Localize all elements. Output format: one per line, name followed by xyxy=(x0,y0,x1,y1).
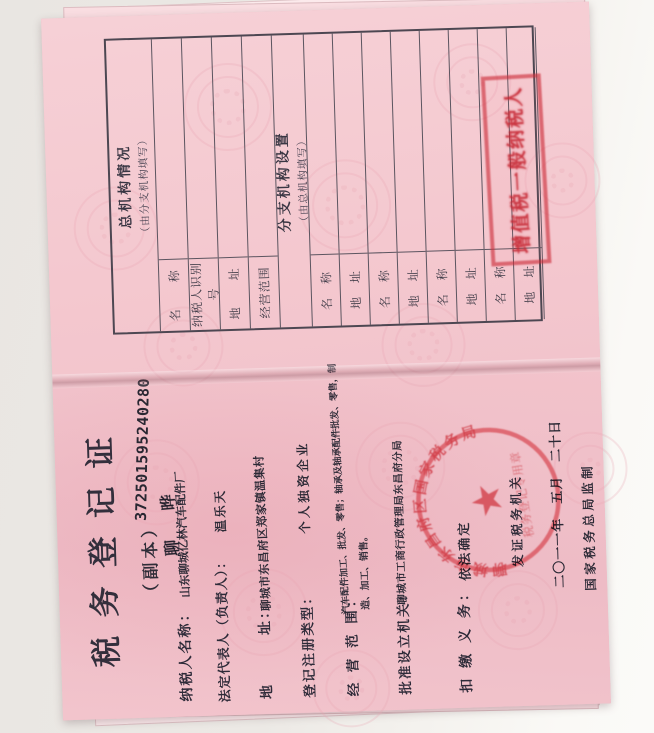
star-icon: ★ xyxy=(462,479,513,522)
field-label-address: 地 址： xyxy=(254,603,277,700)
footer-supervised-by: 国家税务总局监制 xyxy=(577,463,599,592)
certificate-title: 税 务 登 记 证 xyxy=(73,410,127,691)
row-label: 名 称 xyxy=(159,258,190,331)
branch-info-table-area: 总机构情况 （由分支机构填写） 名 称 纳税人识别号 地 址 经营范围 xyxy=(104,25,543,334)
field-value-address: 聊城市东昌府区郑家镇温集村 xyxy=(251,455,275,612)
tax-certificate-document: 总机构情况 （由分支机构填写） 名 称 纳税人识别号 地 址 经营范围 xyxy=(41,2,611,721)
seal-bottom-text: 税务登记专用章 xyxy=(508,450,537,539)
field-value-legal-representative: 温乐天 xyxy=(210,489,229,533)
row-label: 名 称 xyxy=(369,252,399,325)
taxpayer-id-number: 372501595240280 xyxy=(132,378,153,521)
field-value-registration-type: 个人独资企业 xyxy=(292,441,313,535)
section-subtitle: （由分支机构填写） xyxy=(135,134,153,238)
tax-bureau-round-seal: 聊城市东昌府区国家税务局 ★ 税务登记专用章 xyxy=(398,410,578,590)
certificate-content: 税 务 登 记 证 （副本） 聊 晔 372501595240280 纳税人名称… xyxy=(55,367,610,719)
branch-info-table: 总机构情况 （由分支机构填写） 名 称 纳税人识别号 地 址 经营范围 xyxy=(104,25,543,334)
row-label: 名 称 xyxy=(311,254,341,327)
row-label: 地 址 xyxy=(219,256,250,329)
row-label: 名 称 xyxy=(427,250,457,323)
field-label-registration-type: 登记注册类型： xyxy=(295,589,318,698)
field-value-taxpayer-name: 山东聊城亿林汽车配件厂 xyxy=(171,471,193,598)
row-label: 地 址 xyxy=(398,251,428,324)
field-label-legal-representative: 法定代表人（负责人）： xyxy=(210,555,234,703)
row-label: 地 址 xyxy=(456,249,486,322)
section-title: 总机构情况 xyxy=(113,143,136,229)
certificate-main-area: 税 务 登 记 证 （副本） 聊 晔 372501595240280 纳税人名称… xyxy=(55,367,610,719)
field-label-withholding-obligation: 扣 缴 义 务： xyxy=(453,584,476,693)
field-value-business-scope-line1: 汽车配件加工、批发、零售；轴承及轴承配件批发、零售，制 xyxy=(324,363,352,614)
scan-background: 总机构情况 （由分支机构填写） 名 称 纳税人识别号 地 址 经营范围 xyxy=(0,0,654,733)
row-label: 经营范围 xyxy=(249,255,280,328)
row-label: 纳税人识别号 xyxy=(189,257,220,330)
row-label: 地 址 xyxy=(340,253,370,326)
vat-general-taxpayer-stamp: 增值税一般纳税人 xyxy=(481,73,552,266)
section-title: 分支机构设置 xyxy=(272,130,295,233)
field-label-taxpayer-name: 纳税人名称： xyxy=(174,605,197,702)
field-value-business-scope-line2: 造、加工、销售。 xyxy=(355,531,371,610)
